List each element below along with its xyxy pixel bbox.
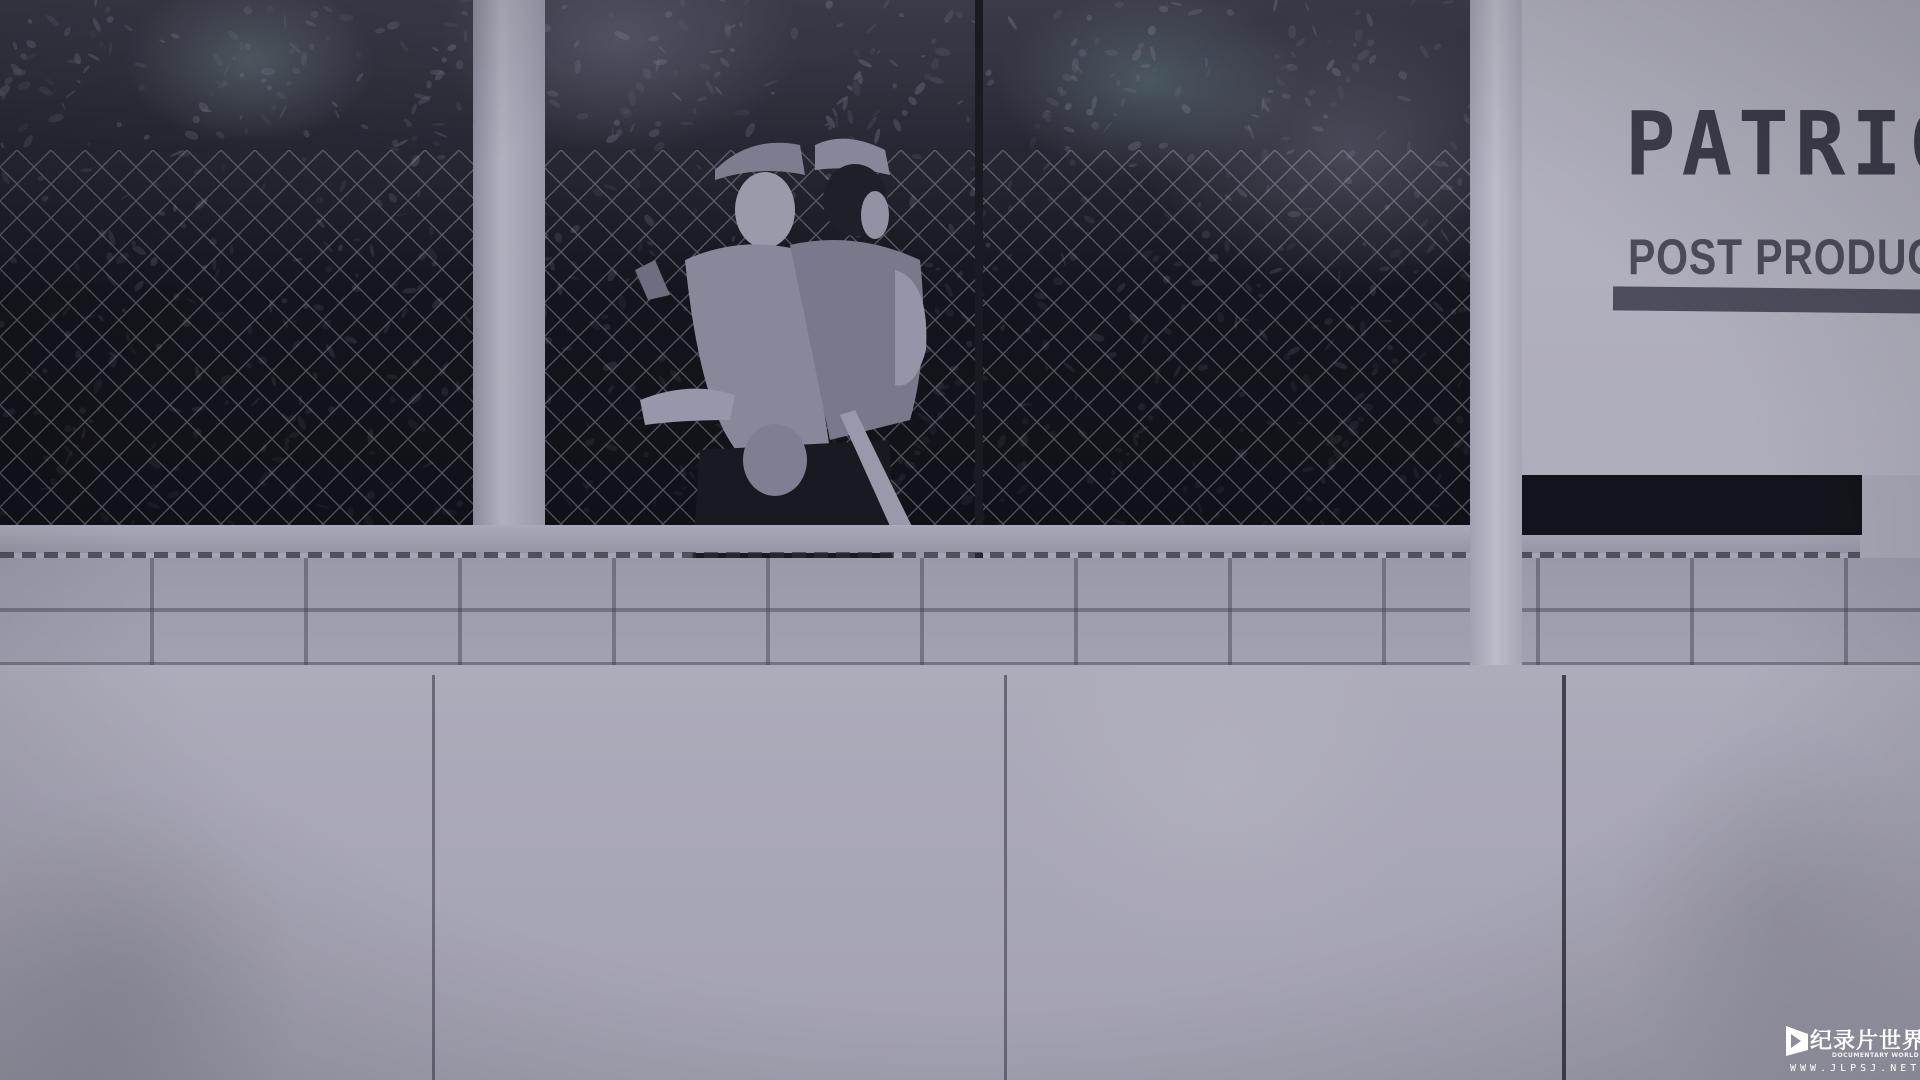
watermark-title: 纪录片世界 — [1810, 1024, 1920, 1055]
sign-underline — [1613, 286, 1920, 313]
watermark-url: WWW.JLPSJ.NET — [1790, 1063, 1920, 1074]
sign-fence-gap — [1522, 475, 1862, 535]
wall-seam — [1004, 675, 1007, 1080]
concrete-wall — [0, 665, 1920, 1080]
watermark-subtitle: DOCUMENTARY WORLD — [1832, 1052, 1919, 1059]
sign-subtitle: POST PRODUCTION — [1628, 228, 1920, 286]
wall-seam — [432, 675, 435, 1080]
video-frame: PATRICK POST PRODUCTION 纪录片世界 DOCUMENTAR… — [0, 0, 1920, 1080]
sign-title: PATRICK — [1625, 93, 1920, 196]
play-logo-icon — [1784, 1024, 1810, 1058]
fence-post-right — [1470, 0, 1522, 680]
wall-seam — [1562, 675, 1566, 1080]
stone-wall — [0, 558, 1920, 670]
channel-watermark: 纪录片世界 DOCUMENTARY WORLD WWW.JLPSJ.NET — [1780, 1022, 1920, 1078]
